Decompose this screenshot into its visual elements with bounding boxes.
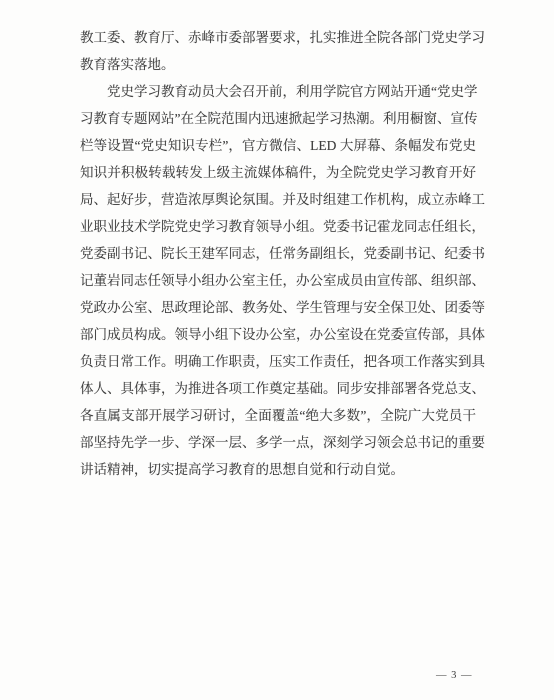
text-line: 栏等设置“党史知识专栏”，官方微信、LED 大屏幕、条幅发布党史 <box>80 132 476 159</box>
text-line: 各直属支部开展学习研讨，全面覆盖“绝大多数”，全院广大党员干 <box>80 402 476 429</box>
text-line: 负责日常工作。明确工作职责，压实工作责任，把各项工作落实到具 <box>80 348 476 375</box>
text-line: 业职业技术学院党史学习教育领导小组。党委书记霍龙同志任组长， <box>80 213 476 240</box>
text-line: 体人、具体事，为推进各项工作奠定基础。同步安排部署各党总支、 <box>80 375 476 402</box>
text-line: 局、起好步，营造浓厚舆论氛围。并及时组建工作机构，成立赤峰工 <box>80 186 476 213</box>
text-line: 记董岩同志任领导小组办公室主任，办公室成员由宣传部、组织部、 <box>80 267 476 294</box>
body-text: 教工委、教育厅、赤峰市委部署要求，扎实推进全院各部门党史学习 教育落实落地。 党… <box>80 24 476 483</box>
text-line: 讲话精神，切实提高学习教育的思想自觉和行动自觉。 <box>80 456 476 483</box>
text-line: 党政办公室、思政理论部、教务处、学生管理与安全保卫处、团委等 <box>80 294 476 321</box>
text-line: 部门成员构成。领导小组下设办公室，办公室设在党委宣传部，具体 <box>80 321 476 348</box>
text-line: 习教育专题网站”在全院范围内迅速掀起学习热潮。利用橱窗、宣传 <box>80 105 476 132</box>
page-number: — 3 — <box>436 670 473 681</box>
text-line: 部坚持先学一步、学深一层、多学一点，深刻学习领会总书记的重要 <box>80 429 476 456</box>
text-line: 教工委、教育厅、赤峰市委部署要求，扎实推进全院各部门党史学习 <box>80 24 476 51</box>
paragraph-2: 党史学习教育动员大会召开前，利用学院官方网站开通“党史学 习教育专题网站”在全院… <box>80 78 476 483</box>
document-page: 教工委、教育厅、赤峰市委部署要求，扎实推进全院各部门党史学习 教育落实落地。 党… <box>0 0 554 700</box>
text-line: 党委副书记、院长王建军同志，任常务副组长，党委副书记、纪委书 <box>80 240 476 267</box>
paragraph-1: 教工委、教育厅、赤峰市委部署要求，扎实推进全院各部门党史学习 教育落实落地。 <box>80 24 476 78</box>
text-line: 知识并积极转载转发上级主流媒体稿件，为全院党史学习教育开好 <box>80 159 476 186</box>
text-line: 教育落实落地。 <box>80 51 476 78</box>
text-line: 党史学习教育动员大会召开前，利用学院官方网站开通“党史学 <box>80 78 476 105</box>
